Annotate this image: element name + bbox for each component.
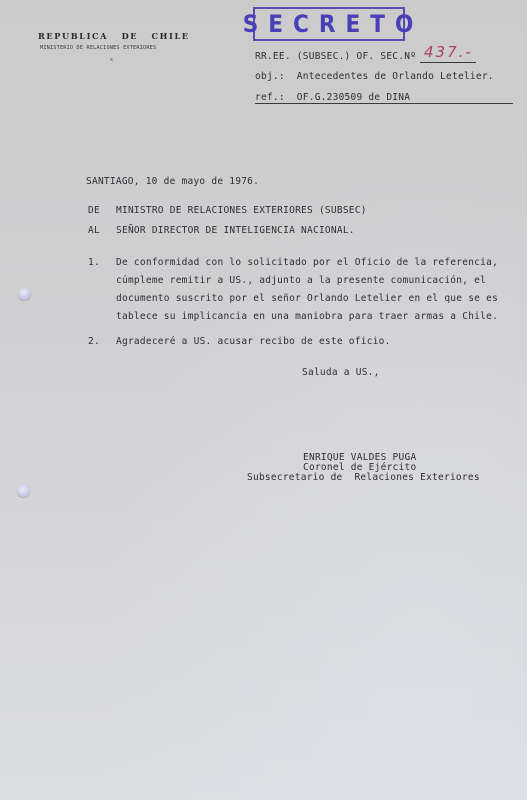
paragraph-1-line: tablece su implicancia en una maniobra p… <box>116 311 498 322</box>
reference-underline <box>255 103 513 104</box>
paragraph-2-number: 2. <box>88 336 100 347</box>
date-line: SANTIAGO, 10 de mayo de 1976. <box>86 176 259 187</box>
paragraph-1-line: De conformidad con lo solicitado por el … <box>116 257 498 268</box>
punch-hole <box>17 484 30 497</box>
subject-line: obj.: Antecedentes de Orlando Letelier. <box>255 71 494 82</box>
closing-salutation: Saluda a US., <box>302 367 380 378</box>
punch-hole <box>18 287 31 300</box>
reference-line: ref.: OF.G.230509 de DINA <box>255 92 410 103</box>
to-label: AL <box>88 225 100 236</box>
letterhead-mark: x <box>110 57 113 63</box>
to-value: SEÑOR DIRECTOR DE INTELIGENCIA NACIONAL. <box>116 225 355 236</box>
office-number-handwritten: 437.- <box>424 43 473 61</box>
paragraph-1-number: 1. <box>88 257 100 268</box>
secret-stamp: SECRETO <box>253 7 405 41</box>
office-number-underline <box>420 62 476 63</box>
paragraph-1-line: documento suscrito por el señor Orlando … <box>116 293 498 304</box>
paragraph-2-line: Agradeceré a US. acusar recibo de este o… <box>116 336 391 347</box>
signature-title: Subsecretario de Relaciones Exteriores <box>247 472 480 483</box>
paragraph-1-line: cúmpleme remitir a US., adjunto a la pre… <box>116 275 486 286</box>
from-label: DE <box>88 205 100 216</box>
letterhead-ministry: MINISTERIO DE RELACIONES EXTERIORES <box>40 45 156 51</box>
letterhead-country: REPUBLICA DE CHILE <box>38 31 190 41</box>
document-page: REPUBLICA DE CHILE MINISTERIO DE RELACIO… <box>0 0 527 800</box>
from-value: MINISTRO DE RELACIONES EXTERIORES (SUBSE… <box>116 205 367 216</box>
office-number-label: RR.EE. (SUBSEC.) OF. SEC.Nº <box>255 51 416 62</box>
